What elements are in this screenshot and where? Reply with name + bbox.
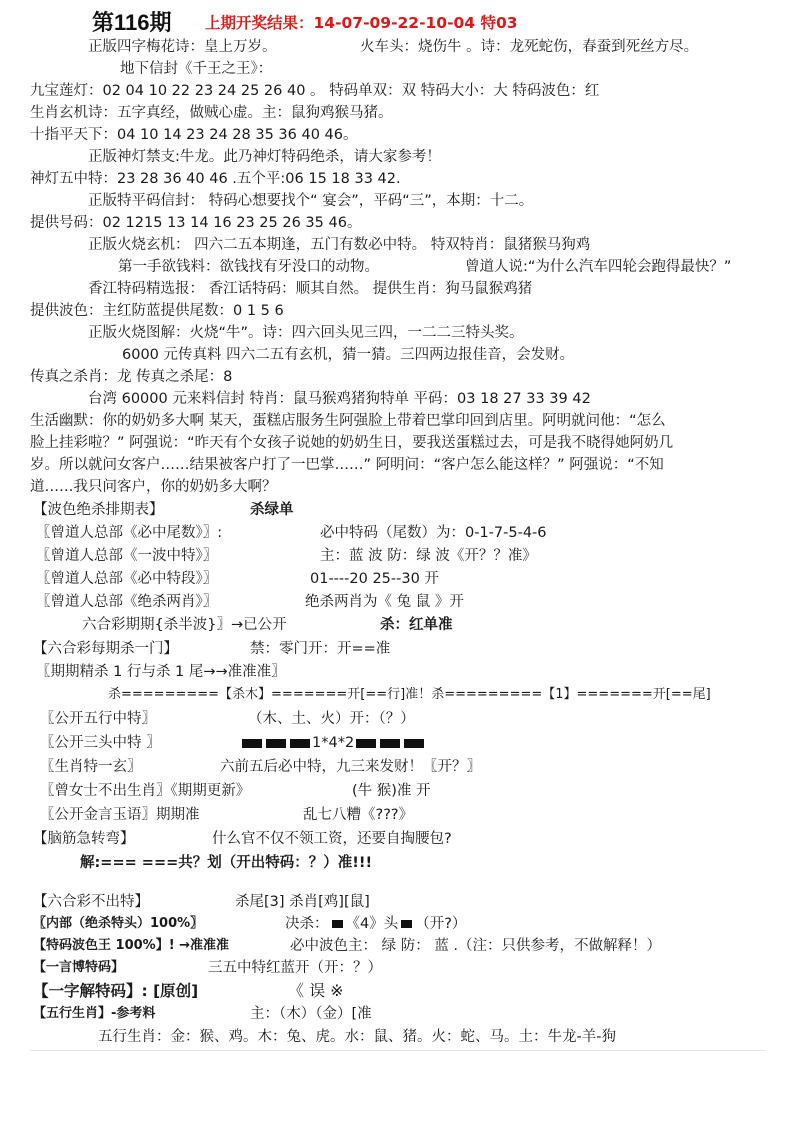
inner-kill-value: 决杀：《4》头（开?）: [285, 914, 466, 934]
kill-equation: 杀=========【杀木】=======开[==行]准！杀=========【…: [108, 685, 711, 705]
underground-envelope-line: 地下信封《千王之王》：: [120, 59, 272, 79]
half-wave-value: 杀：红单准: [380, 615, 453, 635]
zeng-seg-value: 01----20 25--30 开: [310, 569, 439, 589]
fire-illustration-line: 正版火烧图解：火烧“牛”。诗：四六回头见三四，一二二三特头奖。: [88, 323, 524, 343]
kill-row-label: 〖期期精杀 1 行与杀 1 尾→→准准准〗: [36, 662, 286, 682]
block-icon: [401, 920, 412, 928]
inner-kill-head: 《4》头: [346, 916, 399, 932]
block-icon: [242, 739, 262, 748]
zeng-says-line: 曾道人说:“为什么汽车四轮会跑得最快？”: [465, 257, 731, 277]
golden-words-value: 乱七八糟《???》: [303, 805, 413, 825]
issue-number: 第116期: [92, 6, 172, 37]
last-draw-result: 上期开奖结果：14-07-09-22-10-04 特03: [205, 11, 518, 33]
zodiac-one-value: 六前五后必中特，九三来发财！〖开？〗: [220, 757, 481, 777]
zeng-kill2-value: 绝杀两肖为《 兔 鼠 》开: [305, 592, 464, 612]
wave-king-label: 【特码波色王 100%】! →准准准: [33, 936, 229, 956]
three-head-number: 1*4*2: [312, 735, 354, 751]
block-icon: [332, 920, 343, 928]
bottom-divider: [30, 1050, 765, 1051]
riddle-answer: 解:=== ===共？划（开出特码：？）准!!!: [80, 853, 372, 873]
zeng-tail-value: 必中特码（尾数）为：0-1-7-5-4-6: [320, 523, 547, 543]
train-head-line: 火车头：烧伤牛 。诗：龙死蛇伤，春蚕到死丝方尽。: [360, 37, 698, 57]
provided-numbers-line: 提供号码：02 1215 13 14 16 23 25 26 35 46。: [30, 213, 361, 233]
zeng-tail-label: 〖曾道人总部《必中尾数》〗:: [36, 523, 222, 543]
wave-king-value: 必中波色主： 绿 防： 蓝 .（注：只供参考，不做解释！）: [290, 936, 661, 956]
fire-mystery-line: 正版火烧玄机： 四六二五本期逢，五门有数必中特。 特双特肖：鼠猪猴马狗鸡: [88, 235, 590, 255]
flat-envelope-line: 正版特平码信封： 特码心想要找个“ 宴会”，平码“三”，本期：十二。: [88, 191, 533, 211]
inner-kill-prefix: 决杀：: [285, 916, 329, 932]
zeng-seg-label: 〖曾道人总部《必中特段》〗: [36, 569, 217, 589]
plum-poem-line: 正版四字梅花诗：皇上万岁。: [88, 37, 277, 57]
zodiac-poem-line: 生肖玄机诗：五字真经，做贼心虚。主：鼠狗鸡猴马猪。: [30, 103, 393, 123]
nine-lotus-line: 九宝莲灯：02 04 10 22 23 24 25 26 40 。 特码单双：双…: [30, 81, 599, 101]
divine-lamp-line: 正版神灯禁支:牛龙。此乃神灯特码绝杀，请大家参考！: [88, 147, 441, 167]
taiwan-envelope-line: 台湾 60000 元来料信封 特肖：鼠马猴鸡猪狗特单 平码：03 18 27 3…: [88, 389, 591, 409]
block-icon: [266, 739, 286, 748]
five-elem-value: （木、土、火）开：（？）: [248, 709, 415, 729]
wave-kill-value: 杀绿单: [250, 500, 294, 520]
one-word-label: 【一言博特码】: [33, 958, 124, 978]
five-zodiac-label: 【五行生肖】-参考料: [33, 1004, 155, 1024]
kill-door-value: 禁：零门开：开==准: [250, 639, 390, 659]
zodiac-one-label: 〖生肖特一玄〗: [40, 757, 142, 777]
three-head-value: 1*4*2: [240, 733, 426, 753]
humor-line-1: 生活幽默：你的奶奶多大啊 某天，蛋糕店服务生阿强脸上带着巴掌印回到店里。阿明就问…: [30, 411, 666, 431]
zeng-wave-value: 主：蓝 波 防：绿 波《开？？准》: [320, 546, 537, 566]
kill-door-label: 【六合彩每期杀一门】: [33, 639, 178, 659]
inner-kill-suffix: （开?）: [415, 916, 466, 932]
one-char-value: 《 误 ※: [288, 981, 344, 1001]
zeng-lady-value: (牛 猴)准 开: [352, 781, 431, 801]
humor-line-4: 道……我只问客户，你的奶奶多大啊？: [30, 477, 277, 497]
one-char-label: 【一字解特码】: [原创]: [33, 981, 198, 1001]
block-icon: [380, 739, 400, 748]
humor-line-2: 脸上挂彩啦？” 阿强说：“昨天有个女孩子说她的奶奶生日，要我送蛋糕过去，可是我不…: [30, 433, 673, 453]
five-zodiac-list: 五行生肖：金：猴、鸡。木：兔、虎。水：鼠、猪。火：蛇、马。土：牛龙-羊-狗: [98, 1027, 616, 1047]
block-icon: [290, 739, 310, 748]
zeng-lady-label: 〖曾女士不出生肖〗《期期更新》: [40, 781, 250, 801]
zeng-wave-label: 〖曾道人总部《一波中特》〗: [36, 546, 217, 566]
no-special-value: 杀尾[3] 杀肖[鸡][鼠]: [235, 892, 370, 912]
five-zodiac-value: 主：（木）（金）[准: [250, 1004, 372, 1024]
five-elem-label: 〖公开五行中特〗: [40, 709, 156, 729]
fax-6000-line: 6000 元传真料 四六二五有玄机，猜一猜。三四两边报佳音，会发财。: [122, 345, 574, 365]
one-word-value: 三五中特红蓝开（开：？）: [208, 958, 382, 978]
fax-kill-line: 传真之杀肖：龙 传真之杀尾：8: [30, 367, 232, 387]
inner-kill-label: 〖内部（绝杀特头）100%〗: [33, 914, 203, 934]
riddle-label: 【脑筋急转弯】: [33, 829, 135, 849]
hk-special-line: 香江特码精选报： 香江话特码：顺其自然。 提供生肖：狗马鼠猴鸡猪: [88, 279, 532, 299]
first-hand-line: 第一手欲钱料：欲钱找有牙没口的动物。: [118, 257, 379, 277]
zeng-kill2-label: 〖曾道人总部《绝杀两肖》〗: [36, 592, 217, 612]
riddle-question: 什么官不仅不领工资，还要自掏腰包?: [212, 829, 452, 849]
three-head-label: 〖公开三头中特 〗: [40, 733, 161, 753]
block-icon: [356, 739, 376, 748]
wave-color-line: 提供波色：主红防蓝提供尾数：0 1 5 6: [30, 301, 284, 321]
humor-line-3: 岁。所以就问女客户……结果被客户打了一巴掌……” 阿明问：“客户怎么能这样？” …: [30, 455, 664, 475]
ten-fingers-line: 十指平天下：04 10 14 23 24 28 35 36 40 46。: [30, 125, 358, 145]
half-wave-label: 六合彩期期{杀半波}〗→已公开: [82, 615, 287, 635]
golden-words-label: 〖公开金言玉语〗期期准: [40, 805, 200, 825]
block-icon: [404, 739, 424, 748]
wave-kill-label: 【波色绝杀排期表】: [33, 500, 164, 520]
divine-five-line: 神灯五中特：23 28 36 40 46 .五个平:06 15 18 33 42…: [30, 169, 401, 189]
no-special-label: 【六合彩不出特】: [33, 892, 149, 912]
